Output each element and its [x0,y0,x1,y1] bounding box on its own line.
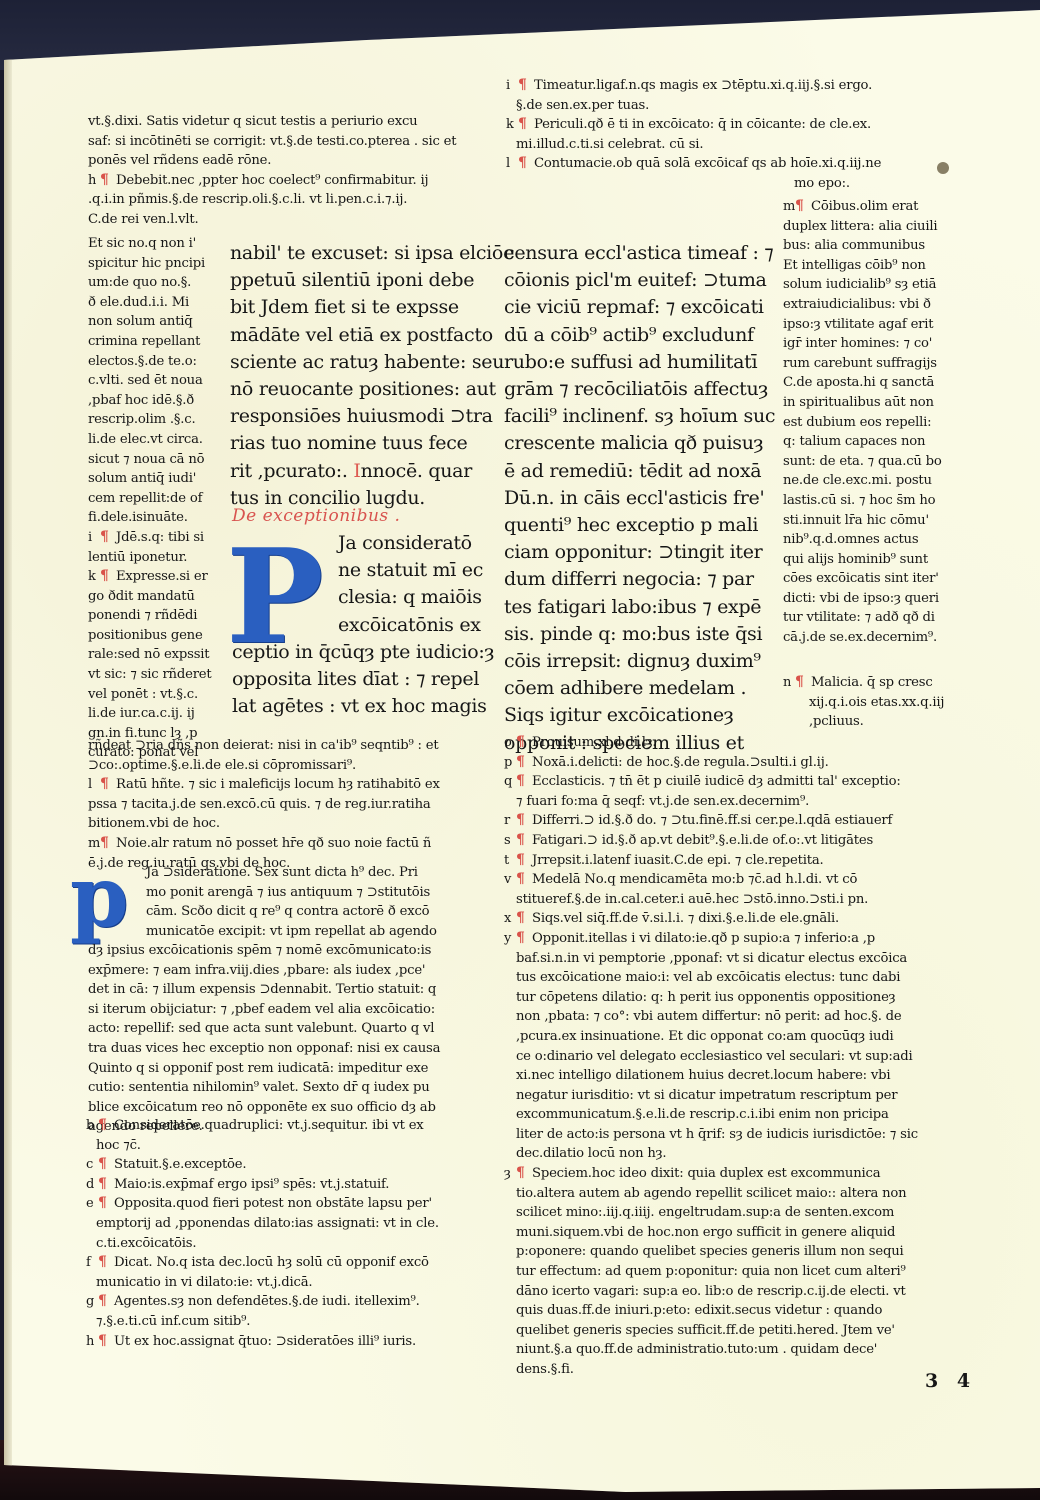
gloss-top-left: vt.§.dixi. Satis videtur q sicut testis … [88,112,456,230]
paragraph-mark-icon: ¶ [518,154,534,174]
gloss-line: ,pcura.ex insinuatione. Et dic opponat c… [504,1027,918,1047]
gloss-o: o¶Prouisum.xl.d.di.lȝ. [504,733,918,753]
gloss-continuation: rñdeat ⊃ria dñs non deierat: nisi in ca'… [88,736,440,873]
paragraph-mark-icon: ¶ [516,909,532,929]
gloss-line: fi.dele.isinuāte. [88,508,212,528]
glosses-b-to-h: b¶Consideratōe.quadruplici: vt.j.sequitu… [86,1116,439,1351]
paragraph-mark-icon: ¶ [100,567,116,587]
summary-line: Quinto q si opponif post rem iudicatā: i… [88,1059,440,1079]
paragraph-mark-icon: ¶ [516,870,532,890]
gloss-line: vt sic: ⁊ sic rñderet [88,665,212,685]
main-text-upper: nabil' te excuset: si ipsa elciōe ppetuū… [230,240,514,512]
gloss-line: sunt: de eta. ⁊ qua.cū bo [783,452,942,472]
summary-indented: Ja ⊃sideratione. Sex sunt dicta h⁹ dec. … [146,863,437,941]
main-line: cōionis picl'm euitef: ⊃tuma [504,267,775,294]
gloss-p: p¶Noxā.i.delicti: de hoc.§.de regula.⊃su… [504,753,918,773]
main-line: ciam opponitur: ⊃tingit iter [504,539,775,566]
gloss-line: mi.illud.c.ti.si celebrat. cū si. [506,135,881,155]
main-line: nabil' te excuset: si ipsa elciōe [230,240,514,267]
paragraph-mark-icon: ¶ [516,929,532,949]
main-line: rias tuo nomine tuus fece [230,430,514,457]
main-line: dū a cōib⁹ actib⁹ excludunf [504,322,775,349]
paragraph-mark-icon: ¶ [98,1292,114,1312]
gloss-line: positionibus gene [88,626,212,646]
paragraph-mark-icon: ¶ [98,1116,114,1136]
gloss-line: c.ti.excōicatōis. [86,1234,439,1254]
gloss-line: quelibet generis species sufficit.ff.de … [504,1321,918,1341]
paragraph-mark-icon: ¶ [516,831,532,851]
gloss-line: cōes excōicatis sint iter' [783,569,942,589]
gloss-q: q¶Ecclasticis. ⁊ tn̄ ēt p ciuilē iudicē … [504,772,918,792]
gloss-m-right-first: m¶Cōibus.olim erat [783,197,942,217]
page-number: 3 4 [925,1370,976,1392]
gloss-line: dicti: vbi de ipso:ȝ queri [783,589,942,609]
main-line: responsiōes huiusmodi ⊃tra [230,403,514,430]
gloss-line: in spiritualibus aūt non [783,393,942,413]
gloss-m-right: m¶Cōibus.olim erat duplex littera: alia … [783,197,942,648]
gloss-line: baf.si.n.in vi pemptorie ,pponaf: vt si … [504,949,918,969]
paragraph-mark-icon: ¶ [795,197,811,217]
gloss-t: t¶Jrrepsit.i.latenf iuasit.C.de epi. ⁊ c… [504,851,918,871]
gloss-line: lentiū iponetur. [88,548,212,568]
gloss-line: emptorij ad ,pponendas dilato:ias assign… [86,1214,439,1234]
gloss-line: §.de sen.ex.per tuas. [506,96,881,116]
gloss-line: spicitur hic pncipi [88,254,212,274]
main-line: cie viciū repmaf: ⁊ excōicati [504,294,775,321]
gloss-s: s¶Fatigari.⊃ id.§.ð ap.vt debit⁹.§.e.li.… [504,831,918,851]
gloss-line: dens.§.fi. [504,1360,918,1380]
gloss-e: e¶Opposita.quod fieri potest non obstāte… [86,1194,439,1214]
gloss-line: municatio in vi dilato:ie: vt.j.dicā. [86,1273,439,1293]
main-line: tes fatigari labo:ibus ⁊ expē [504,594,775,621]
gloss-b: b¶Consideratōe.quadruplici: vt.j.sequitu… [86,1116,439,1136]
main-line: mādāte vel etiā ex postfacto [230,322,514,349]
gloss-line: Et intelligas cōib⁹ non [783,256,942,276]
gloss-line: C.de rei ven.l.vlt. [88,210,456,230]
main-line: crescente malicia qð puisuȝ [504,430,775,457]
glosses-o-to-z: o¶Prouisum.xl.d.di.lȝ. p¶Noxā.i.delicti:… [504,733,918,1380]
gloss-line: igr̄ inter homines: ⁊ co' [783,334,942,354]
gloss-line: cem repellit:de of [88,489,212,509]
gloss-line: ponendi ⁊ rñdēdi [88,606,212,626]
gloss-f: f¶Dicat. No.q ista dec.locū hȝ solū cū o… [86,1253,439,1273]
gloss-n-first: n¶Malicia. q̄ sp cresc [783,673,944,693]
gloss-k-right: k¶Periculi.qð ē ti in excōicato: q̄ in c… [506,115,881,135]
summary-full: dȝ ipsius excōicationis spēm ⁊ nomē excō… [88,941,440,1137]
gloss-line: bus: alia communibus [783,236,942,256]
summary-line: blice excōicatum reo nō opponēte ex suo … [88,1098,440,1118]
summary-line: acto: repellif: sed que acta sunt valebu… [88,1019,440,1039]
rubricated-initial-i: I [353,460,360,482]
gloss-line: vel ponēt : vt.§.c. [88,685,212,705]
gloss-line: solum iudicialib⁹ sȝ etiā [783,275,942,295]
main-line: rubo:e suffusi ad humilitatī [504,349,775,376]
gloss-line: non ,pbata: ⁊ co°: vbi autem differtur: … [504,1007,918,1027]
gloss-line: est dubium eos repelli: [783,413,942,433]
gloss-line: p:oponere: quando quelibet species gener… [504,1242,918,1262]
gloss-letter: l [88,775,100,795]
gloss-line: ,pbaf hoc idē.§.ð [88,391,212,411]
main-line: bit Jdem fiet si te expsse [230,294,514,321]
gloss-line: liter de acto:is persona vt h q̄rif: sȝ … [504,1125,918,1145]
gloss-line: ipso:ȝ vtilitate agaf erit [783,315,942,335]
gloss-d: d¶Maio:is.exp̄maf ergo ipsi⁹ spēs: vt.j.… [86,1175,439,1195]
gloss-line: tus excōicatione maio:i: vel ab excōicat… [504,968,918,988]
page-edge-shadow [4,55,12,1475]
gloss-line: dec.dilatio locū non hȝ. [504,1144,918,1164]
gloss-line: li.de iur.ca.c.ij. ij [88,704,212,724]
gloss-line: non solum antiq̄ [88,312,212,332]
gloss-line: rescrip.olim .§.c. [88,410,212,430]
gloss-line: rñdeat ⊃ria dñs non deierat: nisi in ca'… [88,736,440,756]
gloss-line: extraiudicialibus: vbi ð [783,295,942,315]
ink-stain [937,162,949,174]
gloss-letter: h [88,171,100,191]
paragraph-mark-icon: ¶ [100,528,116,548]
gloss-line: excommunicatum.§.e.li.de rescrip.c.i.ibi… [504,1105,918,1125]
gloss-line: li.de elec.vt circa. [88,430,212,450]
gloss-line: tio.altera autem ab agendo repellit scil… [504,1184,918,1204]
gloss-line: bitionem.vbi de hoc. [88,814,440,834]
summary-line: mo ponit arengā ⁊ ius antiquum ⁊ ⊃stitut… [146,883,437,903]
summary-line: cām. Scðo dicit q re⁹ q contra actorē ð … [146,902,437,922]
main-line: lat agētes : vt ex hoc magis [232,693,494,720]
gloss-line: scilicet mino:.iij.q.iiij. engeltrudam.s… [504,1203,918,1223]
main-line: grām ⁊ recōciliatōis affectuȝ [504,376,775,403]
gloss-line: niunt.§.a quo.ff.de administratio.tuto:u… [504,1340,918,1360]
gloss-l-right: l¶Contumacie.ob quā solā excōicaf qs ab … [506,154,881,174]
gloss-line: ⁊.§.e.ti.cū inf.cum sitib⁹. [86,1312,439,1332]
gloss-y: y¶Opponit.itellas i vi dilato:ie.qð p su… [504,929,918,949]
gloss-line: mo epo:. [506,174,881,194]
gloss-line: vt.§.dixi. Satis videtur q sicut testis … [88,112,456,132]
main-line: nō reuocante positiones: aut [230,376,514,403]
gloss-line: ⊃co:.optime.§.e.li.de ele.si cōpromissar… [88,756,440,776]
paragraph-mark-icon: ¶ [100,171,116,191]
gloss-line: muni.siquem.vbi de hoc.non ergo sufficit… [504,1223,918,1243]
paragraph-mark-icon: ¶ [98,1253,114,1273]
main-line: ceptio in q̄cūqȝ pte iudicio:ȝ [232,639,494,666]
gloss-x: x¶Siqs.vel siq̄.ff.de v̄.si.l.i. ⁊ dixi.… [504,909,918,929]
summary-line: si iterum obijciatur: ⁊ ,pbef eadem vel … [88,1000,440,1020]
gloss-line: ⁊ fuari fo:ma q̄ seqf: vt.j.de sen.ex.de… [504,792,918,812]
gloss-line: rum carebunt suffragijs [783,354,942,374]
gloss-h-lower: h¶Ut ex hoc.assignat q̄tuo: ⊃sideratōes … [86,1332,439,1352]
gloss-m: m¶Noie.alr ratum nō posset hr̄e qð suo n… [88,834,440,854]
gloss-line: solum antiq̄ iudi' [88,469,212,489]
gloss-line: c.vlti. sed ēt noua [88,371,212,391]
gloss-letter: k [88,567,100,587]
summary-line: tra duas vices hec exceptio non opponaf:… [88,1039,440,1059]
paragraph-mark-icon: ¶ [516,851,532,871]
gloss-line: stitueref.§.de in.cal.ceter.i auē.hec ⊃s… [504,890,918,910]
gloss-line: ð ele.dud.i.i. Mi [88,293,212,313]
paragraph-mark-icon: ¶ [98,1175,114,1195]
gloss-line: sicut ⁊ noua cā nō [88,450,212,470]
main-line: Dū.n. in cāis eccl'asticis fre' [504,485,775,512]
gloss-line: rale:sed nō expssit [88,645,212,665]
main-line: quenti⁹ hec exceptio p mali [504,512,775,539]
gloss-line: nib⁹.q.d.omnes actus [783,530,942,550]
gloss-line: Et sic no.q non i' [88,234,212,254]
summary-line: det in cā: ⁊ illum expensis ⊃dennabit. T… [88,980,440,1000]
main-line: clesia: q maiōis [338,584,483,611]
paragraph-mark-icon: ¶ [98,1332,114,1352]
gloss-k: k¶Expresse.si er [88,567,212,587]
paragraph-mark-icon: ¶ [795,673,811,693]
gloss-v: v¶Medelā No.q mendicamēta mo:b ⁊c̄.ad h.… [504,870,918,890]
gloss-line: cā.j.de se.ex.decernim⁹. [783,628,942,648]
main-line: excōicatōnis ex [338,612,483,639]
paragraph-mark-icon: ¶ [516,772,532,792]
paragraph-mark-icon: ¶ [518,115,534,135]
summary-line: dȝ ipsius excōicationis spēm ⁊ nomē excō… [88,941,440,961]
gloss-line: hoc ⁊c̄. [86,1136,439,1156]
main-line: ne statuit mī ec [338,557,483,584]
gloss-line: pssa ⁊ tacita.j.de sen.excō.cū quis. ⁊ d… [88,795,440,815]
gloss-n: n¶Malicia. q̄ sp cresc xij.q.i.ois etas.… [783,673,944,732]
gloss-line: q: talium capaces non [783,432,942,452]
gloss-line: dāno icerto vagari: sup:a eo. lib:o de r… [504,1282,918,1302]
gloss-line: ponēs vel rñdens eadē rōne. [88,151,456,171]
main-line: facili⁹ inclinenf. sȝ hoīum suc [504,403,775,430]
gloss-narrow-left: Et sic no.q non i' spicitur hic pncipi u… [88,234,212,763]
gloss-line: electos.§.de te.o: [88,352,212,372]
main-line: ē ad remediū: tēdit ad noxā [504,458,775,485]
main-line: opposita lites dīat : ⁊ repel [232,666,494,693]
main-line: Siqs igitur excōicationeȝ [504,702,775,729]
gloss-line: um:de quo no.§. [88,273,212,293]
main-line: sciente ac ratuȝ habente: seu [230,349,514,376]
summary-line: cutio: sententia nihilomin⁹ valet. Sexto… [88,1078,440,1098]
main-line: censura eccl'astica timeaf : ⁊ [504,240,775,267]
gloss-i: i¶Jdē.s.q: tibi si [88,528,212,548]
gloss-line: duplex littera: alia ciuili [783,217,942,237]
gloss-g: g¶Agentes.sȝ non defendētes.§.de iudi. i… [86,1292,439,1312]
gloss-line: go ðdit mandatū [88,587,212,607]
paragraph-mark-icon: ¶ [518,76,534,96]
gloss-line: tur vtilitate: ⁊ adð qð di [783,608,942,628]
decretal-indented: Ja consideratō ne statuit mī ec clesia: … [338,530,483,639]
gloss-line: ne.de cle.exc.mi. postu [783,471,942,491]
main-line: cōem adhibere medelam . [504,675,775,702]
main-line: dum differri negocia: ⁊ par [504,566,775,593]
paragraph-mark-icon: ¶ [100,775,116,795]
gloss-line: tur effectum: ad quem p:oponitur: quia n… [504,1262,918,1282]
paragraph-mark-icon: ¶ [516,1164,532,1184]
gloss-line: qui alijs hominib⁹ sunt [783,550,942,570]
gloss-line: quis duas.ff.de iniuri.p:eto: edixit.sec… [504,1301,918,1321]
main-line: sis. pinde q: mo:bus iste q̄si [504,621,775,648]
gloss-l: l¶Ratū hñte. ⁊ sic i maleficijs locum hȝ… [88,775,440,795]
gloss-top-right: i¶Timeatur.ligaf.n.qs magis ex ⊃tēptu.xi… [506,76,881,194]
gloss-line: sti.innuit lr̄a hic cōmu' [783,511,942,531]
main-line-innocent: rit ,pcurato:. Innocē. quar [230,458,514,485]
gloss-line: ,pcliuus. [783,712,944,732]
main-line: Ja consideratō [338,530,483,557]
paragraph-mark-icon: ¶ [98,1194,114,1214]
main-line: ppetuū silentiū iponi debe [230,267,514,294]
gloss-r: r¶Differri.⊃ id.§.ð do. ⁊ ⊃tu.finē.ff.si… [504,811,918,831]
gloss-line: C.de aposta.hi q sanctā [783,373,942,393]
main-line: cōis irrepsit: dignuȝ duxim⁹ [504,648,775,675]
gloss-letter: i [88,528,100,548]
decretal-full: ceptio in q̄cūqȝ pte iudicio:ȝ opposita … [232,639,494,721]
gloss-i-right: i¶Timeatur.ligaf.n.qs magis ex ⊃tēptu.xi… [506,76,881,96]
paragraph-mark-icon: ¶ [516,753,532,773]
gloss-line: lastis.cū si. ⁊ hoc s̄m ho [783,491,942,511]
paragraph-mark-icon: ¶ [516,733,532,753]
illuminated-initial-p-small: p [70,855,129,939]
summary-line: Ja ⊃sideratione. Sex sunt dicta h⁹ dec. … [146,863,437,883]
gloss-line: xi.nec intelligo dilationem huius decret… [504,1066,918,1086]
paragraph-mark-icon: ¶ [98,1155,114,1175]
gloss-h: h¶Debebit.nec ,ppter hoc coelect⁹ confir… [88,171,456,191]
gloss-line: negatur iurisditio: vt si dicatur impetr… [504,1086,918,1106]
gloss-line: tur cōpetens dilatio: q: h perit ius opp… [504,988,918,1008]
summary-line: municatōe excipit: vt ipm repellat ab ag… [146,922,437,942]
gloss-line: saf: si incōtinēti se corrigit: vt.§.de … [88,132,456,152]
gloss-z: ȝ¶Speciem.hoc ideo dixit: quia duplex es… [504,1164,918,1184]
summary-line: exp̄mere: ⁊ eam infra.viij.dies ,pbare: … [88,961,440,981]
gloss-line: crimina repellant [88,332,212,352]
gloss-line: .q.i.in pñmis.§.de rescrip.oli.§.c.li. v… [88,190,456,210]
gloss-line: ce o:dinario vel delegato ecclesiastico … [504,1047,918,1067]
paragraph-mark-icon: ¶ [516,811,532,831]
gloss-line: xij.q.i.ois etas.xx.q.iij [783,693,944,713]
main-text-right: censura eccl'astica timeaf : ⁊ cōionis p… [504,240,775,757]
gloss-c: c¶Statuit.§.e.exceptōe. [86,1155,439,1175]
